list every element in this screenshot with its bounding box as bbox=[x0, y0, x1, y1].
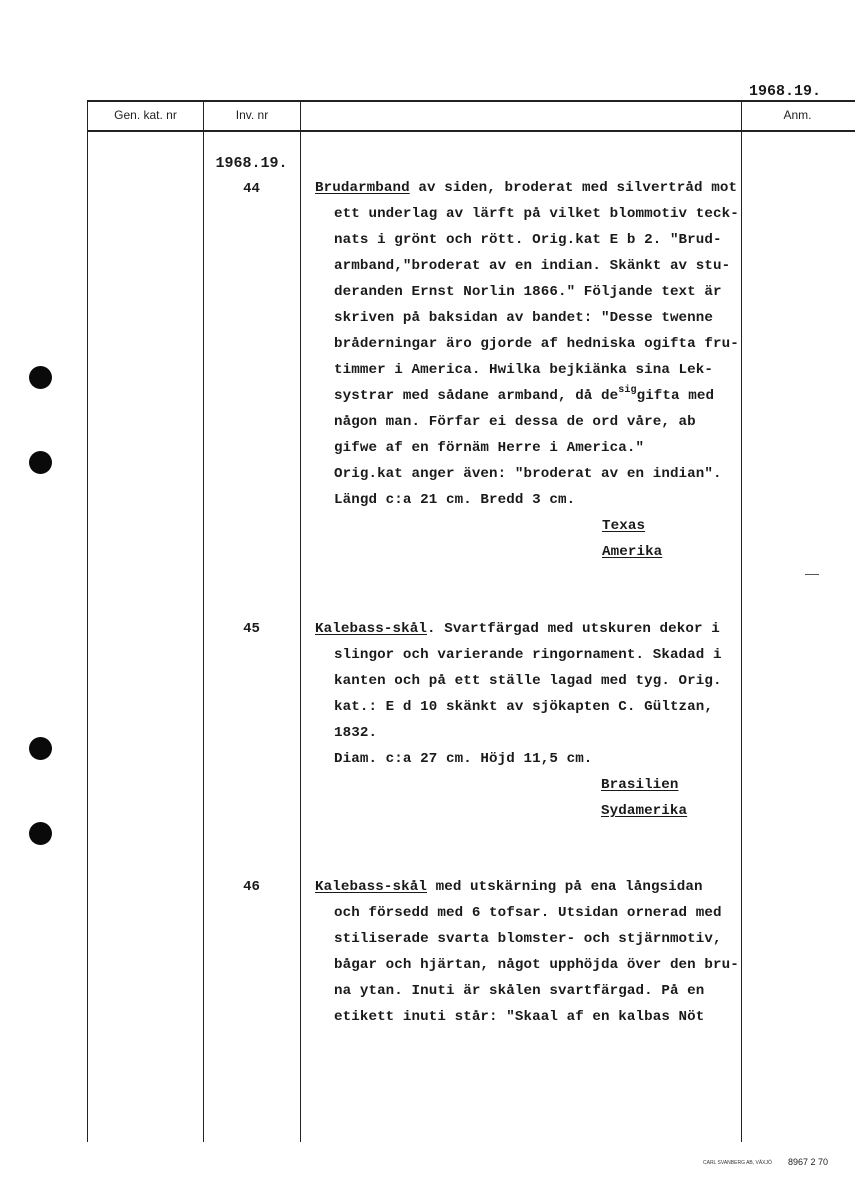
entry-46-line-4: bågar och hjärtan, något upphöjda över d… bbox=[334, 957, 739, 973]
inv-number-45: 45 bbox=[203, 621, 300, 637]
entry-44-line-8: timmer i America. Hwilka bejkiänka sina … bbox=[334, 362, 713, 378]
column-divider bbox=[300, 100, 301, 1142]
entry-46-line-1: Kalebass-skål med utskärning på ena lång… bbox=[315, 879, 703, 895]
margin-mark bbox=[805, 574, 819, 575]
entry-44-line-2: ett underlag av lärft på vilket blommoti… bbox=[334, 206, 739, 222]
punch-hole bbox=[29, 366, 52, 389]
header-inv-nr: Inv. nr bbox=[204, 101, 300, 130]
entry-46-line-3: stiliserade svarta blomster- och stjärnm… bbox=[334, 931, 722, 947]
column-divider bbox=[741, 100, 742, 1142]
header-anm: Anm. bbox=[742, 101, 853, 130]
punch-hole bbox=[29, 737, 52, 760]
inv-number-44: 44 bbox=[203, 181, 300, 197]
printer-imprint: CARL SVANBERG AB, VÄXJÖ bbox=[703, 1160, 772, 1166]
entry-44-line-4: armband,"broderat av en indian. Skänkt a… bbox=[334, 258, 730, 274]
entry-45-line-6: Diam. c:a 27 cm. Höjd 11,5 cm. bbox=[334, 751, 592, 767]
entry-46-line-5: na ytan. Inuti är skålen svartfärgad. På… bbox=[334, 983, 704, 999]
entry-45-region: Sydamerika bbox=[601, 803, 687, 819]
table-left-border bbox=[87, 100, 88, 1142]
entry-44-line-7: bråderningar äro gjorde af hedniska ogif… bbox=[334, 336, 739, 352]
entry-44-line-9: systrar med sådane armband, då desiggift… bbox=[334, 388, 714, 404]
entry-44-line-1: Brudarmband av siden, broderat med silve… bbox=[315, 180, 737, 196]
inv-number-46: 46 bbox=[203, 879, 300, 895]
entry-44-line-10: någon man. Förfar ei dessa de ord våre, … bbox=[334, 414, 696, 430]
punch-hole bbox=[29, 822, 52, 845]
page-number: 1968.19. bbox=[749, 83, 821, 100]
entry-45-line-2: slingor och varierande ringornament. Ska… bbox=[334, 647, 722, 663]
entry-45-title: Kalebass-skål bbox=[315, 621, 427, 637]
entry-44-line-12: Orig.kat anger även: "broderat av en ind… bbox=[334, 466, 722, 482]
entry-44-line-5: deranden Ernst Norlin 1866." Följande te… bbox=[334, 284, 722, 300]
entry-45-line-1: Kalebass-skål. Svartfärgad med utskuren … bbox=[315, 621, 720, 637]
entry-44-line-6: skriven på baksidan av bandet: "Desse tw… bbox=[334, 310, 713, 326]
entry-45-place: Brasilien bbox=[601, 777, 679, 793]
entry-45-line-3: kanten och på ett ställe lagad med tyg. … bbox=[334, 673, 722, 689]
entry-45-line-5: 1832. bbox=[334, 725, 377, 741]
entry-45-line-4: kat.: E d 10 skänkt av sjökapten C. Gült… bbox=[334, 699, 713, 715]
series-label: 1968.19. bbox=[203, 155, 300, 172]
header-gen-kat-nr: Gen. kat. nr bbox=[88, 101, 203, 130]
entry-44-title: Brudarmband bbox=[315, 180, 410, 196]
form-number: 8967 2 70 bbox=[788, 1157, 828, 1167]
handwritten-insertion: sig bbox=[618, 385, 636, 396]
entry-46-line-2: och försedd med 6 tofsar. Utsidan ornera… bbox=[334, 905, 722, 921]
entry-46-line-6: etikett inuti står: "Skaal af en kalbas … bbox=[334, 1009, 704, 1025]
entry-44-region: Amerika bbox=[602, 544, 662, 560]
entry-44-line-11: gifwe af en förnäm Herre i America." bbox=[334, 440, 644, 456]
entry-44-line-13: Längd c:a 21 cm. Bredd 3 cm. bbox=[334, 492, 575, 508]
punch-hole bbox=[29, 451, 52, 474]
entry-44-place: Texas bbox=[602, 518, 645, 534]
entry-46-title: Kalebass-skål bbox=[315, 879, 427, 895]
entry-44-line-3: nats i grönt och rött. Orig.kat E b 2. "… bbox=[334, 232, 722, 248]
